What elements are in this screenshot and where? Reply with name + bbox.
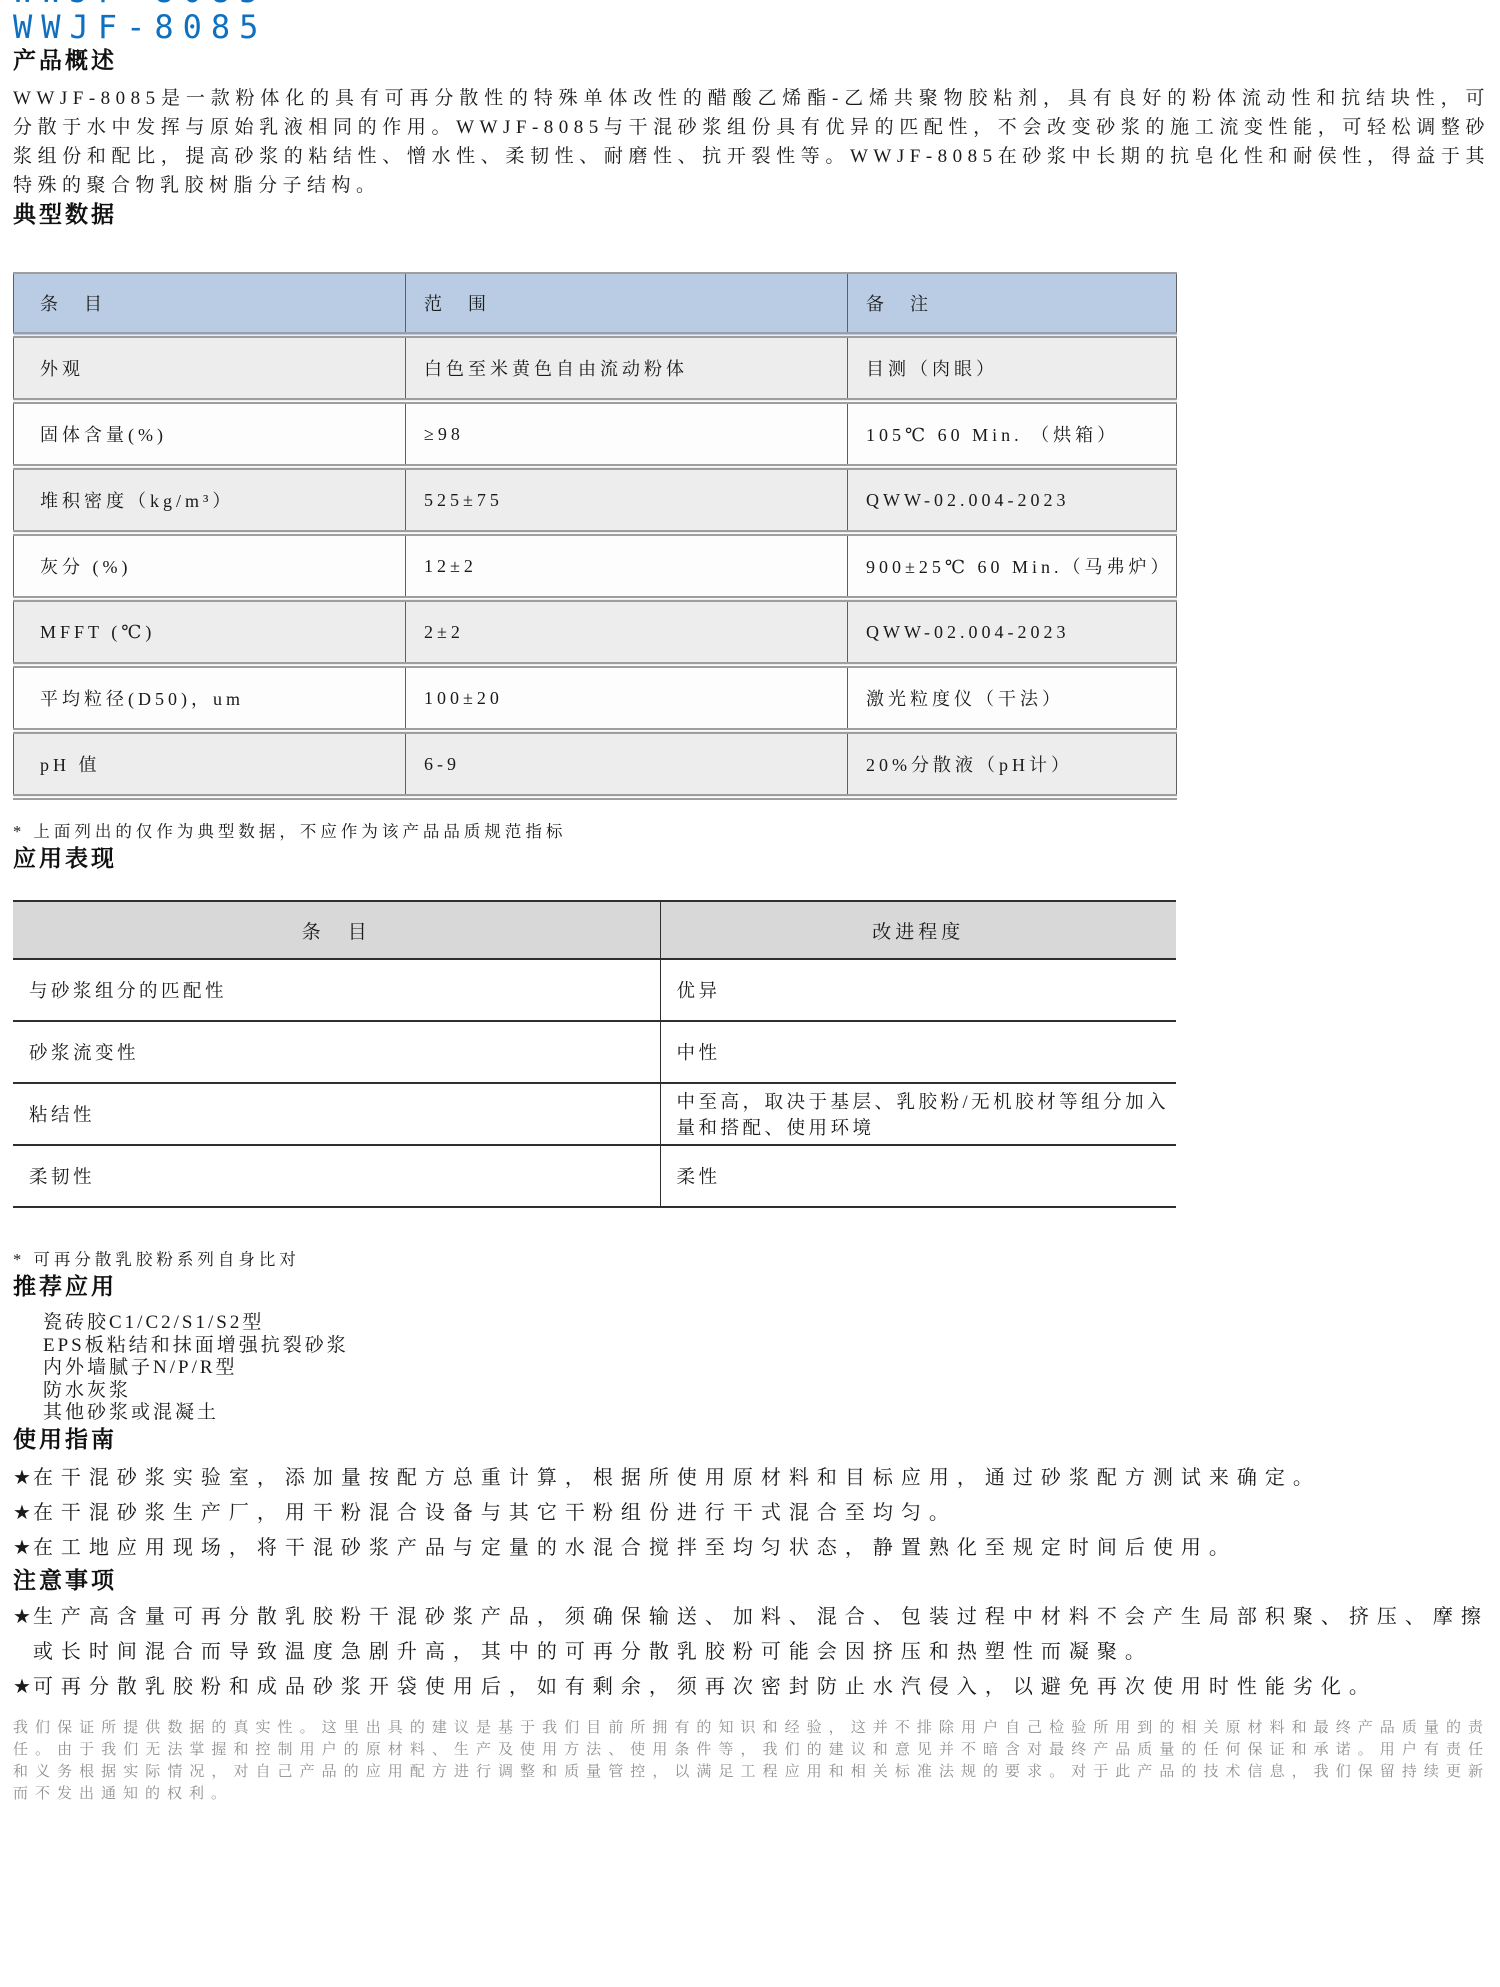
cell-item: 砂浆流变性 <box>13 1021 660 1083</box>
table-row: 外观 白色至米黄色自由流动粉体 目测（肉眼） <box>14 335 1177 401</box>
cell-note: 激光粒度仪（干法） <box>848 665 1177 731</box>
column-header-range: 范 围 <box>406 273 848 335</box>
bullet-item: ★ 在工地应用现场，将干混砂浆产品与定量的水混合搅拌至均匀状态，静置熟化至规定时… <box>13 1531 1490 1566</box>
typical-data-table: 条 目 范 围 备 注 外观 白色至米黄色自由流动粉体 目测（肉眼） 固体含量(… <box>13 272 1177 800</box>
cell-item: 平均粒径(D50)，um <box>14 665 406 731</box>
section-heading-application: 应用表现 <box>13 844 1490 874</box>
table-row: MFFT (℃) 2±2 QWW-02.004-2023 <box>14 599 1177 665</box>
cropped-title-ghost-text: WWJF-8085 <box>13 0 267 6</box>
application-table: 条 目 改进程度 与砂浆组分的匹配性 优异 砂浆流变性 中性 粘结性 中至高，取… <box>13 900 1176 1208</box>
cell-item: pH 值 <box>14 731 406 797</box>
section-heading-typical-data: 典型数据 <box>13 200 1490 230</box>
cropped-title-artifact: WWJF-8085 <box>13 0 1490 6</box>
bullet-item: ★ 在干混砂浆实验室，添加量按配方总重计算，根据所使用原材料和目标应用，通过砂浆… <box>13 1461 1490 1496</box>
star-bullet-icon: ★ <box>13 1496 31 1531</box>
table-row: pH 值 6-9 20%分散液（pH计） <box>14 731 1177 797</box>
cell-range: ≥98 <box>406 401 848 467</box>
cell-range: 白色至米黄色自由流动粉体 <box>406 335 848 401</box>
table-row: 柔韧性 柔性 <box>13 1145 1176 1207</box>
table-row: 堆积密度（kg/m³） 525±75 QWW-02.004-2023 <box>14 467 1177 533</box>
list-item: 防水灰浆 <box>43 1380 1490 1403</box>
bullet-item: ★ 生产高含量可再分散乳胶粉干混砂浆产品，须确保输送、加料、混合、包装过程中材料… <box>13 1600 1490 1670</box>
cell-item: 外观 <box>14 335 406 401</box>
star-bullet-icon: ★ <box>13 1600 31 1635</box>
column-header-note: 备 注 <box>848 273 1177 335</box>
cell-improvement: 中至高，取决于基层、乳胶粉/无机胶材等组分加入量和搭配、使用环境 <box>660 1083 1176 1145</box>
recommended-applications-list: 瓷砖胶C1/C2/S1/S2型 EPS板粘结和抹面增强抗裂砂浆 内外墙腻子N/P… <box>13 1312 1490 1425</box>
table-row: 灰分 (%) 12±2 900±25℃ 60 Min.（马弗炉） <box>14 533 1177 599</box>
list-item: 其他砂浆或混凝土 <box>43 1402 1490 1425</box>
section-heading-recommended: 推荐应用 <box>13 1272 1490 1302</box>
precautions-bullet-list: ★ 生产高含量可再分散乳胶粉干混砂浆产品，须确保输送、加料、混合、包装过程中材料… <box>13 1600 1490 1705</box>
table-header-row: 条 目 范 围 备 注 <box>14 273 1177 335</box>
bullet-item: ★ 在干混砂浆生产厂，用干粉混合设备与其它干粉组份进行干式混合至均匀。 <box>13 1496 1490 1531</box>
cell-range: 100±20 <box>406 665 848 731</box>
application-footnote: * 可再分散乳胶粉系列自身比对 <box>13 1248 1490 1272</box>
bullet-text: 可再分散乳胶粉和成品砂浆开袋使用后，如有剩余，须再次密封防止水汽侵入，以避免再次… <box>33 1670 1377 1705</box>
typical-data-footnote: * 上面列出的仅作为典型数据，不应作为该产品品质规范指标 <box>13 820 1490 844</box>
cell-note: 20%分散液（pH计） <box>848 731 1177 797</box>
table-row: 与砂浆组分的匹配性 优异 <box>13 959 1176 1021</box>
list-item: 瓷砖胶C1/C2/S1/S2型 <box>43 1312 1490 1335</box>
cell-note: 900±25℃ 60 Min.（马弗炉） <box>848 533 1177 599</box>
cell-note: 目测（肉眼） <box>848 335 1177 401</box>
cell-range: 2±2 <box>406 599 848 665</box>
cell-range: 525±75 <box>406 467 848 533</box>
table-row: 粘结性 中至高，取决于基层、乳胶粉/无机胶材等组分加入量和搭配、使用环境 <box>13 1083 1176 1145</box>
list-item: 内外墙腻子N/P/R型 <box>43 1357 1490 1380</box>
table-row: 砂浆流变性 中性 <box>13 1021 1176 1083</box>
cell-item: MFFT (℃) <box>14 599 406 665</box>
cell-range: 6-9 <box>406 731 848 797</box>
bullet-text: 生产高含量可再分散乳胶粉干混砂浆产品，须确保输送、加料、混合、包装过程中材料不会… <box>33 1600 1490 1670</box>
cell-note: QWW-02.004-2023 <box>848 467 1177 533</box>
column-header-improvement: 改进程度 <box>660 901 1176 959</box>
product-title: WWJF-8085 <box>13 8 1490 46</box>
star-bullet-icon: ★ <box>13 1670 31 1705</box>
table-row: 固体含量(%) ≥98 105℃ 60 Min. （烘箱） <box>14 401 1177 467</box>
cell-note: QWW-02.004-2023 <box>848 599 1177 665</box>
cell-range: 12±2 <box>406 533 848 599</box>
cell-item: 粘结性 <box>13 1083 660 1145</box>
cell-item: 堆积密度（kg/m³） <box>14 467 406 533</box>
star-bullet-icon: ★ <box>13 1461 31 1496</box>
overview-paragraph: WWJF-8085是一款粉体化的具有可再分散性的特殊单体改性的醋酸乙烯酯-乙烯共… <box>13 84 1490 200</box>
column-header-item: 条 目 <box>14 273 406 335</box>
bullet-text: 在干混砂浆生产厂，用干粉混合设备与其它干粉组份进行干式混合至均匀。 <box>33 1496 957 1531</box>
cell-note: 105℃ 60 Min. （烘箱） <box>848 401 1177 467</box>
disclaimer-text: 我们保证所提供数据的真实性。这里出具的建议是基于我们目前所拥有的知识和经验，这并… <box>13 1717 1490 1805</box>
section-heading-overview: 产品概述 <box>13 46 1490 76</box>
list-item: EPS板粘结和抹面增强抗裂砂浆 <box>43 1335 1490 1358</box>
datasheet-page: WWJF-8085 WWJF-8085 产品概述 WWJF-8085是一款粉体化… <box>0 0 1500 1987</box>
bullet-item: ★ 可再分散乳胶粉和成品砂浆开袋使用后，如有剩余，须再次密封防止水汽侵入，以避免… <box>13 1670 1490 1705</box>
cell-item: 柔韧性 <box>13 1145 660 1207</box>
cell-item: 固体含量(%) <box>14 401 406 467</box>
section-heading-precautions: 注意事项 <box>13 1566 1490 1596</box>
cell-improvement: 优异 <box>660 959 1176 1021</box>
star-bullet-icon: ★ <box>13 1531 31 1566</box>
usage-bullet-list: ★ 在干混砂浆实验室，添加量按配方总重计算，根据所使用原材料和目标应用，通过砂浆… <box>13 1461 1490 1566</box>
column-header-item: 条 目 <box>13 901 660 959</box>
cell-item: 与砂浆组分的匹配性 <box>13 959 660 1021</box>
bullet-text: 在干混砂浆实验室，添加量按配方总重计算，根据所使用原材料和目标应用，通过砂浆配方… <box>33 1461 1321 1496</box>
bullet-text: 在工地应用现场，将干混砂浆产品与定量的水混合搅拌至均匀状态，静置熟化至规定时间后… <box>33 1531 1237 1566</box>
table-header-row: 条 目 改进程度 <box>13 901 1176 959</box>
cell-item: 灰分 (%) <box>14 533 406 599</box>
table-row: 平均粒径(D50)，um 100±20 激光粒度仪（干法） <box>14 665 1177 731</box>
section-heading-usage: 使用指南 <box>13 1425 1490 1455</box>
cell-improvement: 柔性 <box>660 1145 1176 1207</box>
cell-improvement: 中性 <box>660 1021 1176 1083</box>
